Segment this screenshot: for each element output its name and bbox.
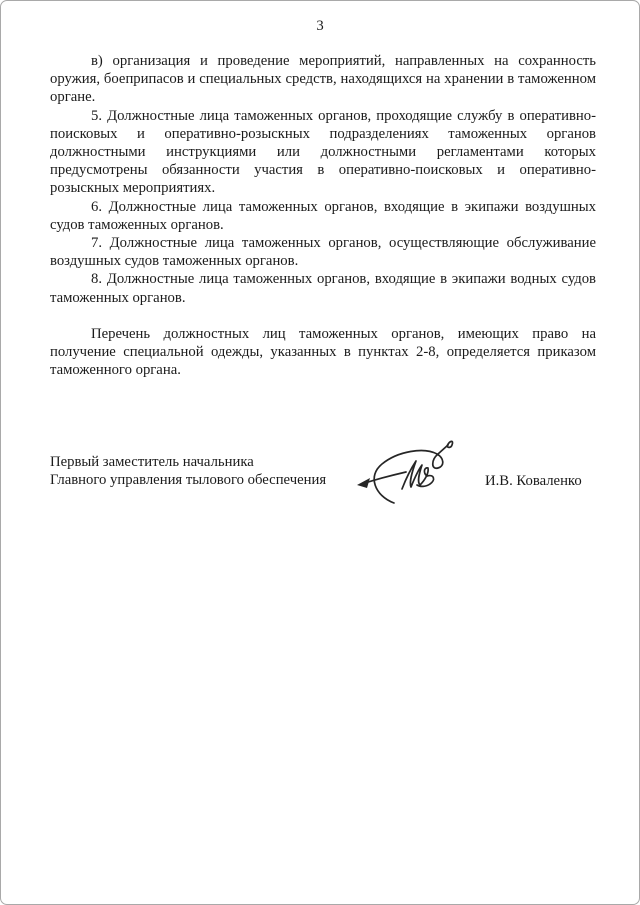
body-paragraph-item-7: 7. Должностные лица таможенных органов, … [50,234,596,270]
body-paragraph-item-6: 6. Должностные лица таможенных органов, … [50,198,596,234]
body-paragraph-item-5: 5. Должностные лица таможенных органов, … [50,107,596,198]
document-page: 3 в) организация и проведение мероприяти… [0,0,640,905]
body-paragraph-item-8: 8. Должностные лица таможенных органов, … [50,270,596,306]
signatory-title: Первый заместитель начальника Главного у… [50,453,326,489]
document-body: в) организация и проведение мероприятий,… [50,52,596,379]
signatory-title-line1: Первый заместитель начальника [50,453,326,471]
signatory-name: И.В. Коваленко [485,472,582,490]
page-number: 3 [1,17,639,35]
signatory-title-line2: Главного управления тылового обеспечения [50,471,326,489]
body-paragraph-subpoint-v: в) организация и проведение мероприятий,… [50,52,596,107]
signature-scrawl [353,425,463,505]
closing-paragraph: Перечень должностных лиц таможенных орга… [50,325,596,380]
